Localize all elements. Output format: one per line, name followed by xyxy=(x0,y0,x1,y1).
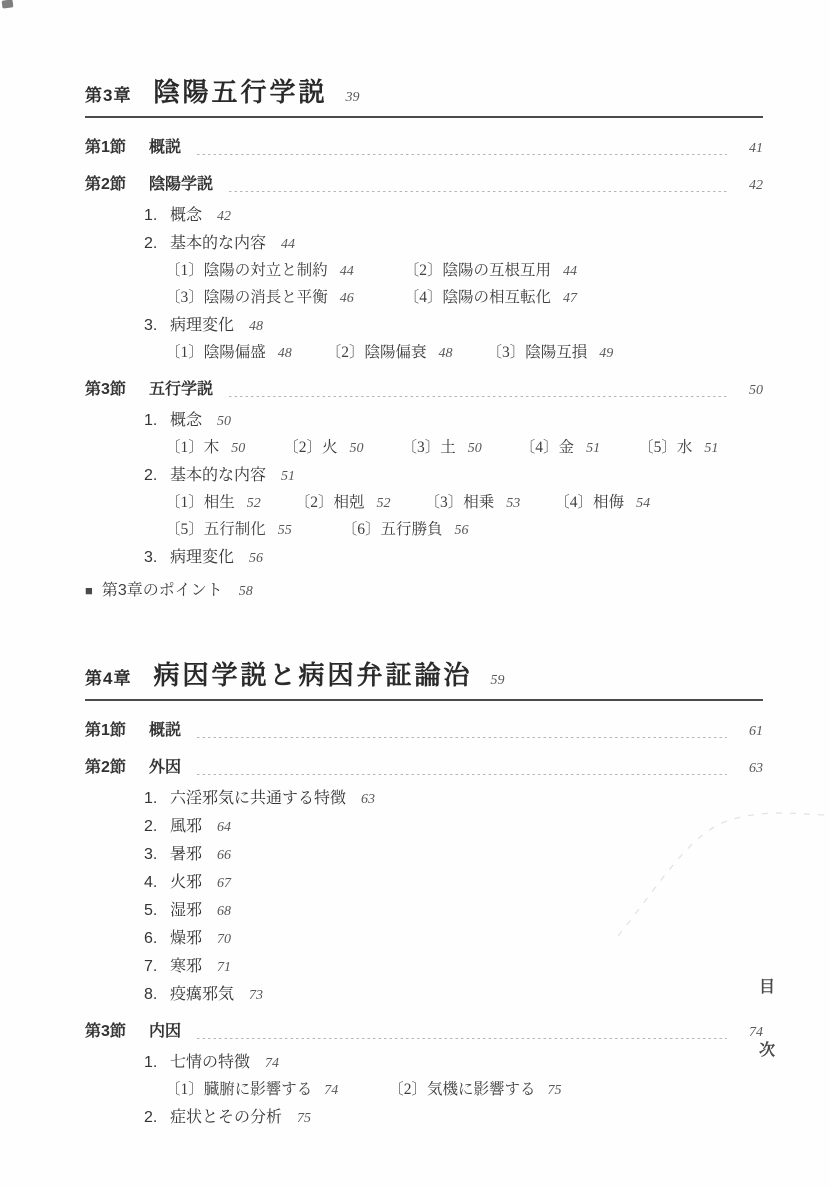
toc-subitem: 〔1〕陰陽の対立と制約44 xyxy=(165,258,354,285)
item-page-number: 73 xyxy=(249,982,263,1009)
subitem-page-number: 50 xyxy=(231,436,245,462)
section-page-number: 74 xyxy=(737,1019,763,1046)
toc-item-row: 3.暑邪66 xyxy=(144,841,763,869)
item-number: 3. xyxy=(144,544,170,571)
toc-subitem-row: 〔1〕相生52〔2〕相剋52〔3〕相乗53〔4〕相侮54 xyxy=(165,490,763,517)
subitem-page-number: 52 xyxy=(247,491,261,517)
subitem-page-number: 48 xyxy=(278,341,292,367)
toc-item-row: 1.概念50 xyxy=(144,407,763,435)
toc-subitem: 〔5〕水51 xyxy=(638,435,718,462)
section-title: 概説 xyxy=(149,717,181,744)
dot-leader xyxy=(229,191,727,192)
subitem-page-number: 51 xyxy=(586,436,600,462)
item-title: 風邪 xyxy=(170,813,202,840)
item-page-number: 64 xyxy=(217,814,231,841)
subitem-text: 〔6〕五行勝負 xyxy=(342,517,443,543)
subitem-page-number: 44 xyxy=(340,259,354,285)
toc-subitem-row: 〔1〕木50〔2〕火50〔3〕土50〔4〕金51〔5〕水51 xyxy=(165,435,763,462)
toc-item-row: 7.寒邪71 xyxy=(144,953,763,981)
item-title: 基本的な内容 xyxy=(170,462,266,489)
subitem-page-number: 49 xyxy=(599,341,613,367)
points-title: 第3章のポイント xyxy=(102,577,223,604)
subitem-text: 〔1〕陰陽偏盛 xyxy=(165,340,266,366)
subitem-text: 〔3〕陰陽の消長と平衡 xyxy=(165,285,328,311)
subitem-text: 〔2〕火 xyxy=(283,435,337,461)
subitem-page-number: 54 xyxy=(636,491,650,517)
toc-section-row: 第1節概説61 xyxy=(85,717,763,745)
toc-subitem-row: 〔1〕陰陽偏盛48〔2〕陰陽偏衰48〔3〕陰陽互損49 xyxy=(165,340,763,367)
subitem-text: 〔2〕陰陽の互根互用 xyxy=(404,258,551,284)
item-title: 燥邪 xyxy=(170,925,202,952)
toc-item-row: 2.風邪64 xyxy=(144,813,763,841)
item-page-number: 48 xyxy=(249,313,263,340)
subitem-page-number: 56 xyxy=(455,518,469,544)
subitem-page-number: 74 xyxy=(324,1078,338,1104)
item-number: 1. xyxy=(144,785,170,812)
section-page-number: 41 xyxy=(737,135,763,162)
section-page-number: 63 xyxy=(737,755,763,782)
toc-subitem: 〔1〕木50 xyxy=(165,435,245,462)
section-label: 第2節 xyxy=(85,171,139,198)
subitem-page-number: 50 xyxy=(468,436,482,462)
item-page-number: 71 xyxy=(217,954,231,981)
section-label: 第3節 xyxy=(85,376,139,403)
subitem-text: 〔4〕相侮 xyxy=(554,490,624,516)
chapter-start-page: 59 xyxy=(490,673,504,689)
item-page-number: 67 xyxy=(217,870,231,897)
item-page-number: 63 xyxy=(361,786,375,813)
item-page-number: 56 xyxy=(249,545,263,572)
square-bullet-icon: ■ xyxy=(85,577,93,604)
item-title: 七情の特徴 xyxy=(170,1049,250,1076)
subitem-page-number: 50 xyxy=(350,436,364,462)
toc-root: 第3章陰陽五行学説39第1節概説41第2節陰陽学説421.概念422.基本的な内… xyxy=(85,72,763,1132)
toc-subitem: 〔3〕陰陽互損49 xyxy=(487,340,614,367)
toc-subitem-row: 〔3〕陰陽の消長と平衡46〔4〕陰陽の相互転化47 xyxy=(165,285,763,312)
toc-subitem: 〔2〕陰陽の互根互用44 xyxy=(404,258,577,285)
item-page-number: 75 xyxy=(297,1105,311,1132)
subitem-text: 〔1〕相生 xyxy=(165,490,235,516)
dot-leader xyxy=(229,396,727,397)
toc-subitem: 〔2〕相剋52 xyxy=(295,490,391,517)
toc-item-row: 8.疫癘邪気73 xyxy=(144,981,763,1009)
dot-leader xyxy=(197,154,727,155)
dot-leader xyxy=(197,737,727,738)
subitem-text: 〔5〕五行制化 xyxy=(165,517,266,543)
toc-subitem: 〔3〕相乗53 xyxy=(425,490,521,517)
toc-subitem: 〔4〕金51 xyxy=(520,435,600,462)
item-number: 7. xyxy=(144,953,170,980)
toc-section-row: 第3節五行学説50 xyxy=(85,376,763,404)
subitem-text: 〔3〕陰陽互損 xyxy=(487,340,588,366)
subitem-page-number: 75 xyxy=(548,1078,562,1104)
points-page-number: 58 xyxy=(239,578,253,605)
item-title: 病理変化 xyxy=(170,312,234,339)
subitem-text: 〔4〕陰陽の相互転化 xyxy=(404,285,551,311)
section-title: 陰陽学説 xyxy=(149,171,213,198)
subitem-text: 〔4〕金 xyxy=(520,435,574,461)
subitem-text: 〔3〕相乗 xyxy=(425,490,495,516)
toc-item-row: 2.症状とその分析75 xyxy=(144,1104,763,1132)
toc-item-row: 6.燥邪70 xyxy=(144,925,763,953)
subitem-page-number: 47 xyxy=(563,286,577,312)
subitem-page-number: 53 xyxy=(506,491,520,517)
item-title: 病理変化 xyxy=(170,544,234,571)
chapter-heading: 第4章病因学説と病因弁証論治59 xyxy=(85,655,763,701)
toc-item-row: 1.七情の特徴74 xyxy=(144,1049,763,1077)
item-title: 寒邪 xyxy=(170,953,202,980)
subitem-text: 〔1〕陰陽の対立と制約 xyxy=(165,258,328,284)
subitem-text: 〔3〕土 xyxy=(402,435,456,461)
item-number: 3. xyxy=(144,312,170,339)
toc-item-row: 5.湿邪68 xyxy=(144,897,763,925)
dot-leader xyxy=(197,774,727,775)
subitem-text: 〔2〕気機に影響する xyxy=(388,1077,535,1103)
item-title: 疫癘邪気 xyxy=(170,981,234,1008)
toc-entries: 第1節概説61第2節外因631.六淫邪気に共通する特徴632.風邪643.暑邪6… xyxy=(85,717,763,1132)
subitem-text: 〔5〕水 xyxy=(638,435,692,461)
section-title: 外因 xyxy=(149,754,181,781)
toc-subitem: 〔2〕火50 xyxy=(283,435,363,462)
item-page-number: 44 xyxy=(281,231,295,258)
chapter-number-label: 第3章 xyxy=(85,81,131,106)
item-page-number: 51 xyxy=(281,463,295,490)
item-page-number: 70 xyxy=(217,926,231,953)
subitem-page-number: 46 xyxy=(340,286,354,312)
item-number: 1. xyxy=(144,1049,170,1076)
subitem-text: 〔2〕陰陽偏衰 xyxy=(326,340,427,366)
subitem-page-number: 44 xyxy=(563,259,577,285)
toc-item-row: 1.概念42 xyxy=(144,202,763,230)
item-page-number: 50 xyxy=(217,408,231,435)
toc-section-row: 第2節陰陽学説42 xyxy=(85,171,763,199)
chapter-start-page: 39 xyxy=(345,90,359,106)
toc-section-row: 第2節外因63 xyxy=(85,754,763,782)
item-title: 症状とその分析 xyxy=(170,1104,282,1131)
chapter-toc-block: 第3章陰陽五行学説39第1節概説41第2節陰陽学説421.概念422.基本的な内… xyxy=(85,72,763,605)
section-title: 概説 xyxy=(149,134,181,161)
item-number: 6. xyxy=(144,925,170,952)
item-title: 火邪 xyxy=(170,869,202,896)
item-number: 2. xyxy=(144,462,170,489)
chapter-title: 陰陽五行学説 xyxy=(153,72,327,109)
toc-subitem: 〔5〕五行制化55 xyxy=(165,517,292,544)
toc-subitem: 〔3〕土50 xyxy=(402,435,482,462)
item-title: 六淫邪気に共通する特徴 xyxy=(170,785,346,812)
toc-section-row: 第3節内因74 xyxy=(85,1018,763,1046)
toc-subitem: 〔1〕臓腑に影響する74 xyxy=(165,1077,338,1104)
subitem-text: 〔1〕木 xyxy=(165,435,219,461)
section-page-number: 61 xyxy=(737,718,763,745)
item-page-number: 42 xyxy=(217,203,231,230)
toc-subitem: 〔4〕陰陽の相互転化47 xyxy=(404,285,577,312)
chapter-title: 病因学説と病因弁証論治 xyxy=(153,655,472,692)
section-page-number: 50 xyxy=(737,377,763,404)
item-page-number: 68 xyxy=(217,898,231,925)
item-title: 暑邪 xyxy=(170,841,202,868)
item-number: 4. xyxy=(144,869,170,896)
subitem-text: 〔2〕相剋 xyxy=(295,490,365,516)
subitem-page-number: 52 xyxy=(377,491,391,517)
toc-subitem: 〔2〕陰陽偏衰48 xyxy=(326,340,453,367)
item-page-number: 66 xyxy=(217,842,231,869)
toc-entries: 第1節概説41第2節陰陽学説421.概念422.基本的な内容44〔1〕陰陽の対立… xyxy=(85,134,763,605)
toc-subitem: 〔1〕陰陽偏盛48 xyxy=(165,340,292,367)
toc-item-row: 2.基本的な内容44 xyxy=(144,230,763,258)
toc-subitem: 〔2〕気機に影響する75 xyxy=(388,1077,561,1104)
toc-subitem: 〔1〕相生52 xyxy=(165,490,261,517)
scanned-toc-page: 目 次 第3章陰陽五行学説39第1節概説41第2節陰陽学説421.概念422.基… xyxy=(0,0,830,1189)
chapter-points-row: ■第3章のポイント58 xyxy=(85,577,763,605)
toc-item-row: 4.火邪67 xyxy=(144,869,763,897)
chapter-toc-block: 第4章病因学説と病因弁証論治59第1節概説61第2節外因631.六淫邪気に共通す… xyxy=(85,655,763,1132)
section-label: 第1節 xyxy=(85,134,139,161)
toc-subitem: 〔3〕陰陽の消長と平衡46 xyxy=(165,285,354,312)
item-number: 3. xyxy=(144,841,170,868)
scan-artifact-corner xyxy=(2,0,14,9)
section-page-number: 42 xyxy=(737,172,763,199)
item-number: 1. xyxy=(144,202,170,229)
item-number: 2. xyxy=(144,230,170,257)
item-number: 2. xyxy=(144,813,170,840)
item-number: 2. xyxy=(144,1104,170,1131)
toc-subitem-row: 〔1〕陰陽の対立と制約44〔2〕陰陽の互根互用44 xyxy=(165,258,763,285)
subitem-page-number: 51 xyxy=(704,436,718,462)
toc-subitem-row: 〔5〕五行制化55〔6〕五行勝負56 xyxy=(165,517,763,544)
subitem-page-number: 55 xyxy=(278,518,292,544)
section-label: 第1節 xyxy=(85,717,139,744)
item-number: 8. xyxy=(144,981,170,1008)
subitem-text: 〔1〕臓腑に影響する xyxy=(165,1077,312,1103)
item-number: 5. xyxy=(144,897,170,924)
toc-subitem: 〔4〕相侮54 xyxy=(554,490,650,517)
section-label: 第3節 xyxy=(85,1018,139,1045)
subitem-page-number: 48 xyxy=(439,341,453,367)
section-title: 内因 xyxy=(149,1018,181,1045)
item-page-number: 74 xyxy=(265,1050,279,1077)
section-title: 五行学説 xyxy=(149,376,213,403)
dot-leader xyxy=(197,1038,727,1039)
item-number: 1. xyxy=(144,407,170,434)
chapter-heading: 第3章陰陽五行学説39 xyxy=(85,72,763,118)
section-label: 第2節 xyxy=(85,754,139,781)
item-title: 基本的な内容 xyxy=(170,230,266,257)
toc-subitem: 〔6〕五行勝負56 xyxy=(342,517,469,544)
toc-section-row: 第1節概説41 xyxy=(85,134,763,162)
toc-item-row: 3.病理変化56 xyxy=(144,544,763,572)
toc-item-row: 3.病理変化48 xyxy=(144,312,763,340)
toc-subitem-row: 〔1〕臓腑に影響する74〔2〕気機に影響する75 xyxy=(165,1077,763,1104)
item-title: 湿邪 xyxy=(170,897,202,924)
chapter-number-label: 第4章 xyxy=(85,664,131,689)
item-title: 概念 xyxy=(170,407,202,434)
toc-item-row: 1.六淫邪気に共通する特徴63 xyxy=(144,785,763,813)
item-title: 概念 xyxy=(170,202,202,229)
toc-item-row: 2.基本的な内容51 xyxy=(144,462,763,490)
